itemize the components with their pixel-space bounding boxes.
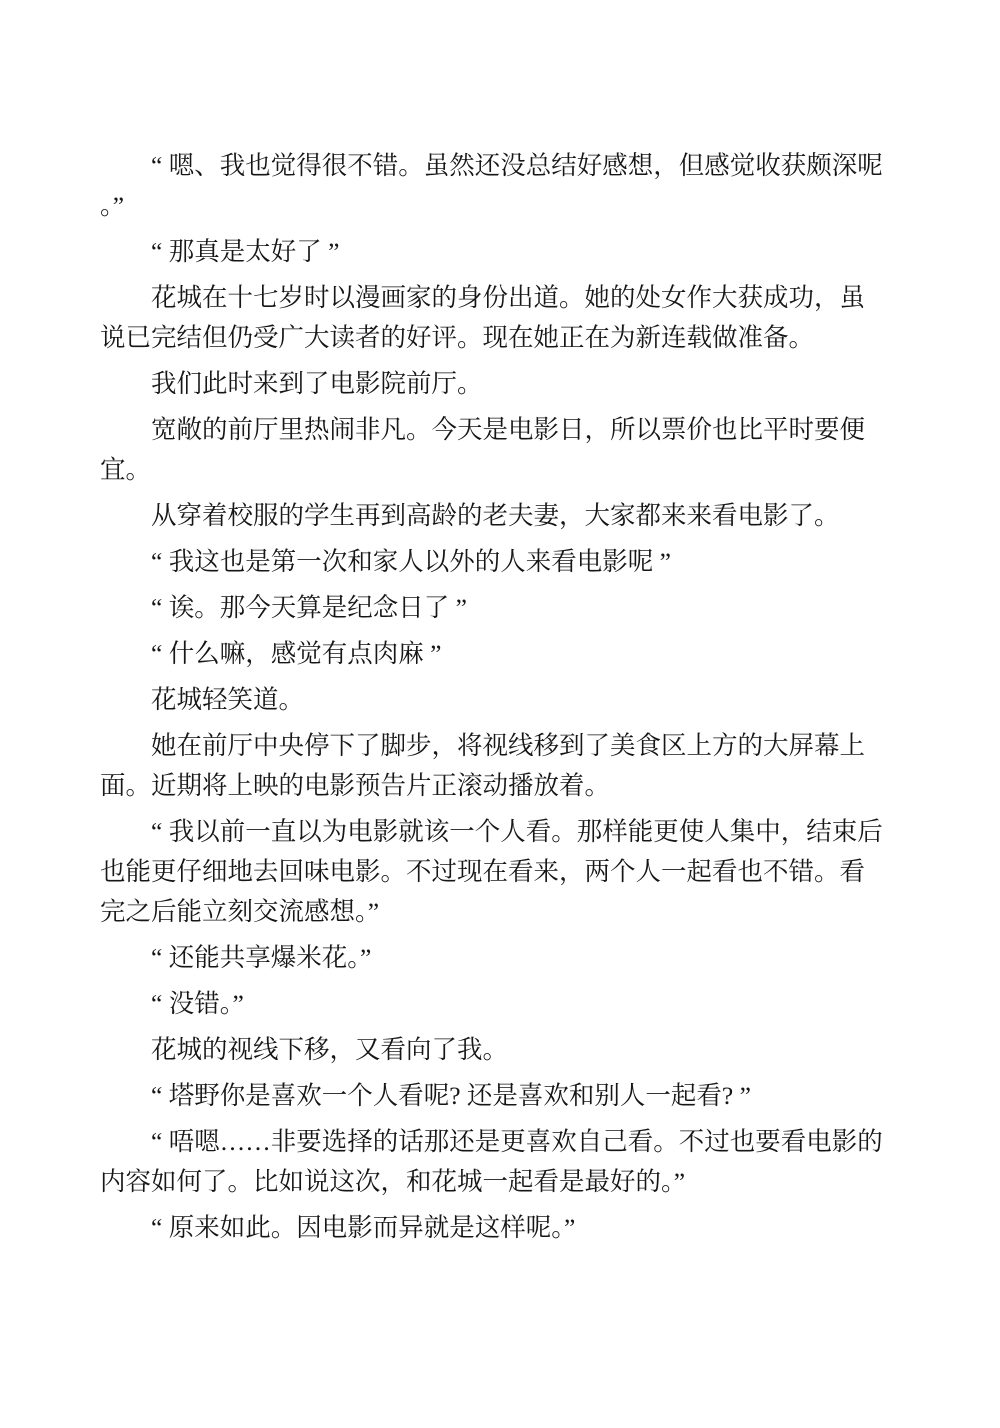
paragraph-narration: 花城的视线下移，又看向了我。 <box>100 1030 890 1070</box>
paragraph-narration: 花城在十七岁时以漫画家的身份出道。她的处女作大获成功，虽说已完结但仍受广大读者的… <box>100 278 890 358</box>
paragraph-dialogue: “ 我这也是第一次和家人以外的人来看电影呢 ” <box>100 542 890 582</box>
paragraph-narration: 宽敞的前厅里热闹非凡。今天是电影日，所以票价也比平时要便宜。 <box>100 410 890 490</box>
text-column: “ 嗯、我也觉得很不错。虽然还没总结好感想，但感觉收获颇深呢。” “ 那真是太好… <box>100 146 890 1248</box>
paragraph-dialogue: “ 诶。那今天算是纪念日了 ” <box>100 588 890 628</box>
paragraph-dialogue: “ 那真是太好了 ” <box>100 232 890 272</box>
paragraph-dialogue: “ 什么嘛，感觉有点肉麻 ” <box>100 634 890 674</box>
novel-page: “ 嗯、我也觉得很不错。虽然还没总结好感想，但感觉收获颇深呢。” “ 那真是太好… <box>0 0 1000 1428</box>
paragraph-dialogue: “ 塔野你是喜欢一个人看呢? 还是喜欢和别人一起看? ” <box>100 1076 890 1116</box>
paragraph-narration: 从穿着校服的学生再到高龄的老夫妻，大家都来来看电影了。 <box>100 496 890 536</box>
paragraph-narration: 花城轻笑道。 <box>100 680 890 720</box>
paragraph-narration: 我们此时来到了电影院前厅。 <box>100 364 890 404</box>
paragraph-dialogue: “ 还能共享爆米花。” <box>100 938 890 978</box>
paragraph-dialogue: “ 我以前一直以为电影就该一个人看。那样能更使人集中，结束后也能更仔细地去回味电… <box>100 812 890 932</box>
paragraph-dialogue: “ 没错。” <box>100 984 890 1024</box>
paragraph-narration: 她在前厅中央停下了脚步，将视线移到了美食区上方的大屏幕上面。近期将上映的电影预告… <box>100 726 890 806</box>
paragraph-dialogue: “ 原来如此。因电影而异就是这样呢。” <box>100 1208 890 1248</box>
paragraph-dialogue: “ 嗯、我也觉得很不错。虽然还没总结好感想，但感觉收获颇深呢。” <box>100 146 890 226</box>
paragraph-dialogue: “ 唔嗯……非要选择的话那还是更喜欢自己看。不过也要看电影的内容如何了。比如说这… <box>100 1122 890 1202</box>
